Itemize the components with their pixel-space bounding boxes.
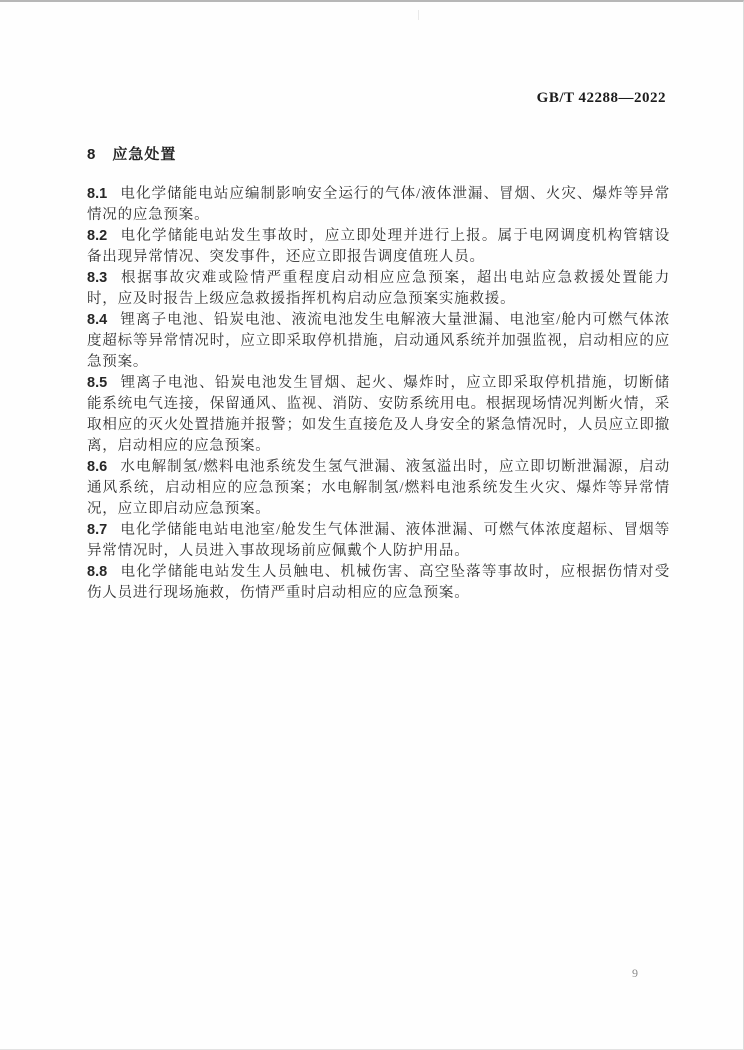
clause-number: 8.2: [87, 228, 107, 244]
section-heading: 8应急处置: [87, 146, 670, 163]
clause-number: 8.3: [87, 270, 107, 286]
clause-number: 8.8: [87, 564, 107, 580]
document-page: GB/T 42288—2022 8应急处置 8.1电化学储能电站应编制影响安全运…: [0, 0, 744, 1050]
clause: 8.2电化学储能电站发生事故时，应立即处理并进行上报。属于电网调度机构管辖设备出…: [87, 226, 670, 268]
clause-text: 水电解制氢/燃料电池系统发生氢气泄漏、液氢溢出时，应立即切断泄漏源，启动通风系统…: [87, 459, 670, 517]
clause-list: 8.1电化学储能电站应编制影响安全运行的气体/液体泄漏、冒烟、火灾、爆炸等异常情…: [87, 184, 670, 604]
clause-number: 8.1: [87, 186, 107, 202]
clause-text: 根据事故灾难或险情严重程度启动相应应急预案，超出电站应急救援处置能力时，应及时报…: [87, 270, 670, 307]
clause-text: 电化学储能电站发生人员触电、机械伤害、高空坠落等事故时，应根据伤情对受伤人员进行…: [87, 564, 670, 601]
clause: 8.8电化学储能电站发生人员触电、机械伤害、高空坠落等事故时，应根据伤情对受伤人…: [87, 562, 670, 604]
section-title: 应急处置: [112, 146, 176, 163]
clause-text: 电化学储能电站发生事故时，应立即处理并进行上报。属于电网调度机构管辖设备出现异常…: [87, 228, 670, 265]
clause: 8.1电化学储能电站应编制影响安全运行的气体/液体泄漏、冒烟、火灾、爆炸等异常情…: [87, 184, 670, 226]
clause-number: 8.6: [87, 459, 107, 475]
clause: 8.6水电解制氢/燃料电池系统发生氢气泄漏、液氢溢出时，应立即切断泄漏源，启动通…: [87, 457, 670, 520]
clause: 8.3根据事故灾难或险情严重程度启动相应应急预案，超出电站应急救援处置能力时，应…: [87, 268, 670, 310]
page-number: 9: [632, 966, 639, 981]
clause-number: 8.5: [87, 375, 107, 391]
clause: 8.5锂离子电池、铅炭电池发生冒烟、起火、爆炸时，应立即采取停机措施，切断储能系…: [87, 373, 670, 457]
clause-text: 电化学储能电站电池室/舱发生气体泄漏、液体泄漏、可燃气体浓度超标、冒烟等异常情况…: [87, 522, 670, 559]
clause: 8.7电化学储能电站电池室/舱发生气体泄漏、液体泄漏、可燃气体浓度超标、冒烟等异…: [87, 520, 670, 562]
clause: 8.4锂离子电池、铅炭电池、液流电池发生电解液大量泄漏、电池室/舱内可燃气体浓度…: [87, 310, 670, 373]
clause-text: 锂离子电池、铅炭电池发生冒烟、起火、爆炸时，应立即采取停机措施，切断储能系统电气…: [87, 375, 670, 454]
section-number: 8: [87, 146, 96, 163]
clause-text: 电化学储能电站应编制影响安全运行的气体/液体泄漏、冒烟、火灾、爆炸等异常情况的应…: [87, 186, 670, 223]
clause-number: 8.4: [87, 312, 107, 328]
standard-number: GB/T 42288—2022: [537, 90, 666, 107]
clause-text: 锂离子电池、铅炭电池、液流电池发生电解液大量泄漏、电池室/舱内可燃气体浓度超标等…: [87, 312, 670, 370]
clause-number: 8.7: [87, 522, 107, 538]
scan-artifact: [418, 10, 419, 20]
page-content: 8应急处置 8.1电化学储能电站应编制影响安全运行的气体/液体泄漏、冒烟、火灾、…: [87, 146, 670, 604]
